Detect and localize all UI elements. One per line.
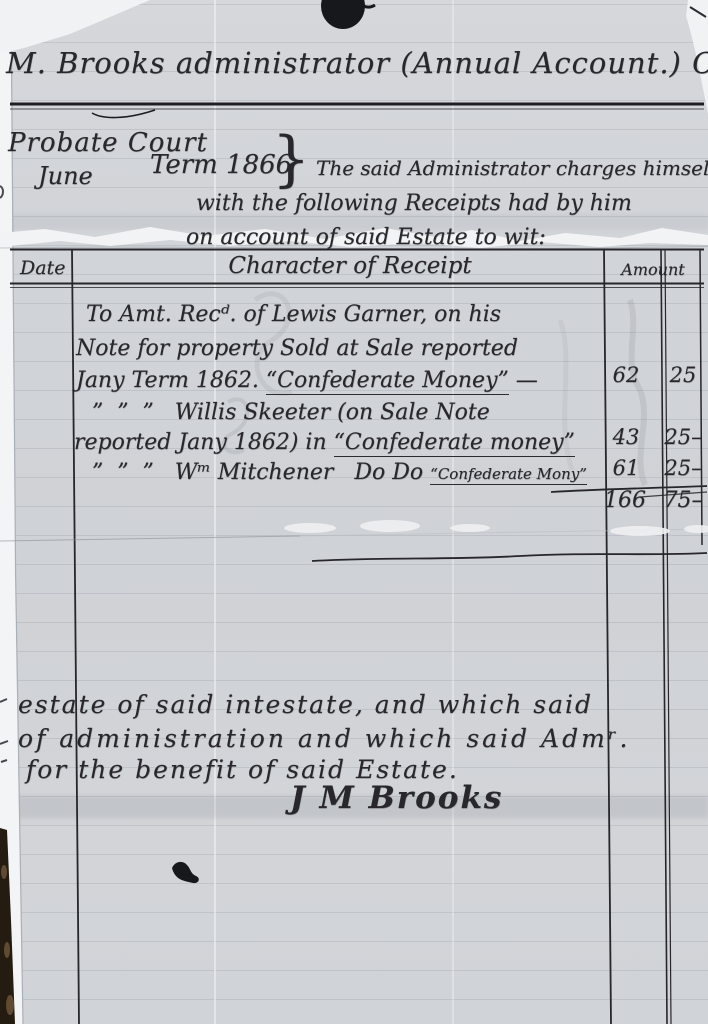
amount-dollars: 62 bbox=[600, 363, 652, 387]
signature: J M Brooks bbox=[290, 780, 503, 816]
entry-text-underlined: “Confederate Money” bbox=[266, 368, 509, 395]
charge-line-3: on account of said Estate to wit: bbox=[186, 225, 546, 250]
entry-text: Jany Term 1862. bbox=[76, 368, 266, 393]
total-cents: 75– bbox=[660, 488, 706, 513]
amount-cents: 25 bbox=[660, 363, 706, 387]
entry-line: ” ” ” Wᵐ Mitchener Do Do “Confederate Mo… bbox=[92, 460, 587, 485]
amount-cents: 25– bbox=[660, 425, 706, 449]
ink-blot bbox=[172, 862, 199, 883]
total-dollars: 166 bbox=[596, 488, 654, 513]
term-year: Term 1866 bbox=[150, 150, 292, 180]
entry-line: ” ” ” Willis Skeeter (on Sale Note bbox=[92, 400, 490, 425]
title-rule-flourish bbox=[92, 110, 155, 118]
crease-line bbox=[0, 536, 300, 541]
column-header-date: Date bbox=[20, 257, 65, 279]
closing-line-2: of administration and which said Admʳ. bbox=[18, 724, 630, 753]
section-divider-stroke bbox=[312, 553, 707, 561]
entry-line: Jany Term 1862. “Confederate Money” — bbox=[76, 368, 538, 393]
amount-cents: 25– bbox=[660, 456, 706, 480]
column-header-amount: Amount bbox=[607, 260, 699, 279]
closing-line-1: estate of said intestate, and which said bbox=[18, 690, 593, 719]
entry-text: reported Jany 1862) in bbox=[74, 430, 334, 455]
column-header-character: Character of Receipt bbox=[150, 253, 550, 279]
amount-dollars: 43 bbox=[600, 425, 652, 449]
amount-dollars: 61 bbox=[600, 456, 652, 480]
term-month: June bbox=[38, 162, 93, 190]
entry-text: — bbox=[509, 368, 538, 393]
entry-line: reported Jany 1862) in “Confederate mone… bbox=[74, 430, 575, 455]
entry-line: To Amt. Recᵈ. of Lewis Garner, on his bbox=[86, 302, 501, 327]
entry-line: Note for property Sold at Sale reported bbox=[76, 336, 518, 361]
entry-text-underlined: “Confederate Mony” bbox=[430, 465, 587, 485]
entry-text-underlined: “Confederate money” bbox=[334, 430, 575, 457]
entry-text: ” ” ” Wᵐ Mitchener Do Do bbox=[92, 460, 430, 485]
charge-line-2: with the following Receipts had by him bbox=[196, 191, 632, 216]
brace-mark: } bbox=[272, 124, 310, 194]
crease-white-patches bbox=[284, 520, 708, 536]
charge-line-1: The said Administrator charges himself bbox=[316, 156, 708, 180]
scanned-document-page: M. Brooks administrator (Annual Account.… bbox=[0, 0, 708, 1024]
document-title: M. Brooks administrator (Annual Account.… bbox=[6, 46, 708, 80]
